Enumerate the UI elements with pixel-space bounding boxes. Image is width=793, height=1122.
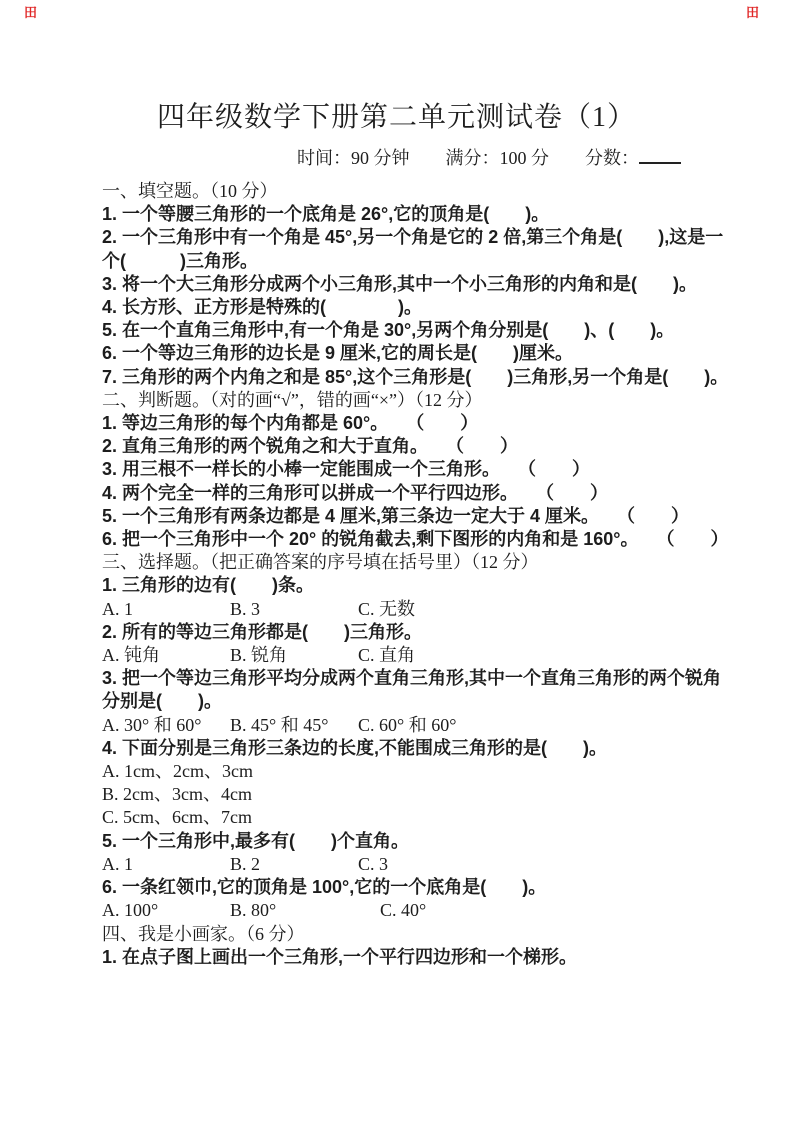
s3-question-2-options: A. 钝角B. 锐角C. 直角 [102,644,702,667]
section-2-heading: 二、判断题。（对的画“√”，错的画“×”）（12 分） [102,389,702,412]
s1-question-2-line2: 个( )三角形。 [102,250,702,273]
s2-question-4: 4. 两个完全一样的三角形可以拼成一个平行四边形。 （ ） [102,482,702,505]
s3-question-1: 1. 三角形的边有( )条。 [102,574,702,597]
section-4-heading: 四、我是小画家。（6 分） [102,923,702,946]
s1-question-2-line1: 2. 一个三角形中有一个角是 45°,另一个角是它的 2 倍,第三个角是( ),… [102,226,702,249]
option-a: A. 1 [102,598,230,621]
s1-question-3: 3. 将一个大三角形分成两个小三角形,其中一个小三角形的内角和是( )。 [102,273,702,296]
s3-question-5: 5. 一个三角形中,最多有( )个直角。 [102,830,702,853]
s2-question-2: 2. 直角三角形的两个锐角之和大于直角。 （ ） [102,435,702,458]
s4-question-1: 1. 在点子图上画出一个三角形,一个平行四边形和一个梯形。 [102,946,702,969]
option-a: A. 100° [102,899,230,922]
s1-question-5: 5. 在一个直角三角形中,有一个角是 30°,另两个角分别是( )、( )。 [102,319,702,342]
s3-question-4: 4. 下面分别是三角形三条边的长度,不能围成三角形的是( )。 [102,737,702,760]
option-c: C. 无数 [358,598,415,621]
s3-question-6: 6. 一条红领巾,它的顶角是 100°,它的一个底角是( )。 [102,876,702,899]
option-c: C. 直角 [358,644,415,667]
s2-question-1: 1. 等边三角形的每个内角都是 60°。 （ ） [102,412,702,435]
section-1-heading: 一、填空题。（10 分） [102,180,702,203]
option-b: B. 锐角 [230,644,358,667]
option-b: B. 3 [230,598,358,621]
s1-question-6: 6. 一个等边三角形的边长是 9 厘米,它的周长是( )厘米。 [102,342,702,365]
score-blank-line [639,148,681,164]
exam-info-text: 时间：90 分钟 满分：100 分 分数： [297,148,639,168]
red-stamp-icon: 田 [746,5,759,20]
option-b: B. 80° [230,899,380,922]
s2-question-5: 5. 一个三角形有两条边都是 4 厘米,第三条边一定大于 4 厘米。 （ ） [102,505,702,528]
s3-question-4-option-c: C. 5cm、6cm、7cm [102,806,702,829]
s3-question-6-options: A. 100°B. 80°C. 40° [102,899,702,922]
option-c: C. 3 [358,853,388,876]
s2-question-3: 3. 用三根不一样长的小棒一定能围成一个三角形。 （ ） [102,458,702,481]
option-a: A. 1 [102,853,230,876]
option-b: B. 45° 和 45° [230,714,358,737]
s3-question-3-line2: 分别是( )。 [102,690,702,713]
s3-question-2: 2. 所有的等边三角形都是( )三角形。 [102,621,702,644]
s1-question-7: 7. 三角形的两个内角之和是 85°,这个三角形是( )三角形,另一个角是( )… [102,366,702,389]
s3-question-3-options: A. 30° 和 60°B. 45° 和 45°C. 60° 和 60° [102,714,702,737]
section-3-heading: 三、选择题。（把正确答案的序号填在括号里）（12 分） [102,551,702,574]
option-b: B. 2 [230,853,358,876]
option-a: A. 钝角 [102,644,230,667]
exam-info-line: 时间：90 分钟 满分：100 分 分数： [0,144,793,170]
s1-question-1: 1. 一个等腰三角形的一个底角是 26°,它的顶角是( )。 [102,203,702,226]
s3-question-4-option-a: A. 1cm、2cm、3cm [102,760,702,783]
option-a: A. 30° 和 60° [102,714,230,737]
red-stamp-icon: 田 [24,5,37,20]
option-c: C. 60° 和 60° [358,714,456,737]
s2-question-6: 6. 把一个三角形中一个 20° 的锐角截去,剩下图形的内角和是 160°。 （… [102,528,702,551]
s3-question-3-line1: 3. 把一个等边三角形平均分成两个直角三角形,其中一个直角三角形的两个锐角 [102,667,702,690]
s3-question-4-option-b: B. 2cm、3cm、4cm [102,783,702,806]
paper-body: 一、填空题。（10 分） 1. 一个等腰三角形的一个底角是 26°,它的顶角是(… [102,180,702,969]
s1-question-4: 4. 长方形、正方形是特殊的( )。 [102,296,702,319]
option-c: C. 40° [380,899,426,922]
s3-question-5-options: A. 1B. 2C. 3 [102,853,702,876]
s3-question-1-options: A. 1B. 3C. 无数 [102,598,702,621]
paper-title: 四年级数学下册第二单元测试卷（1） [0,0,793,135]
